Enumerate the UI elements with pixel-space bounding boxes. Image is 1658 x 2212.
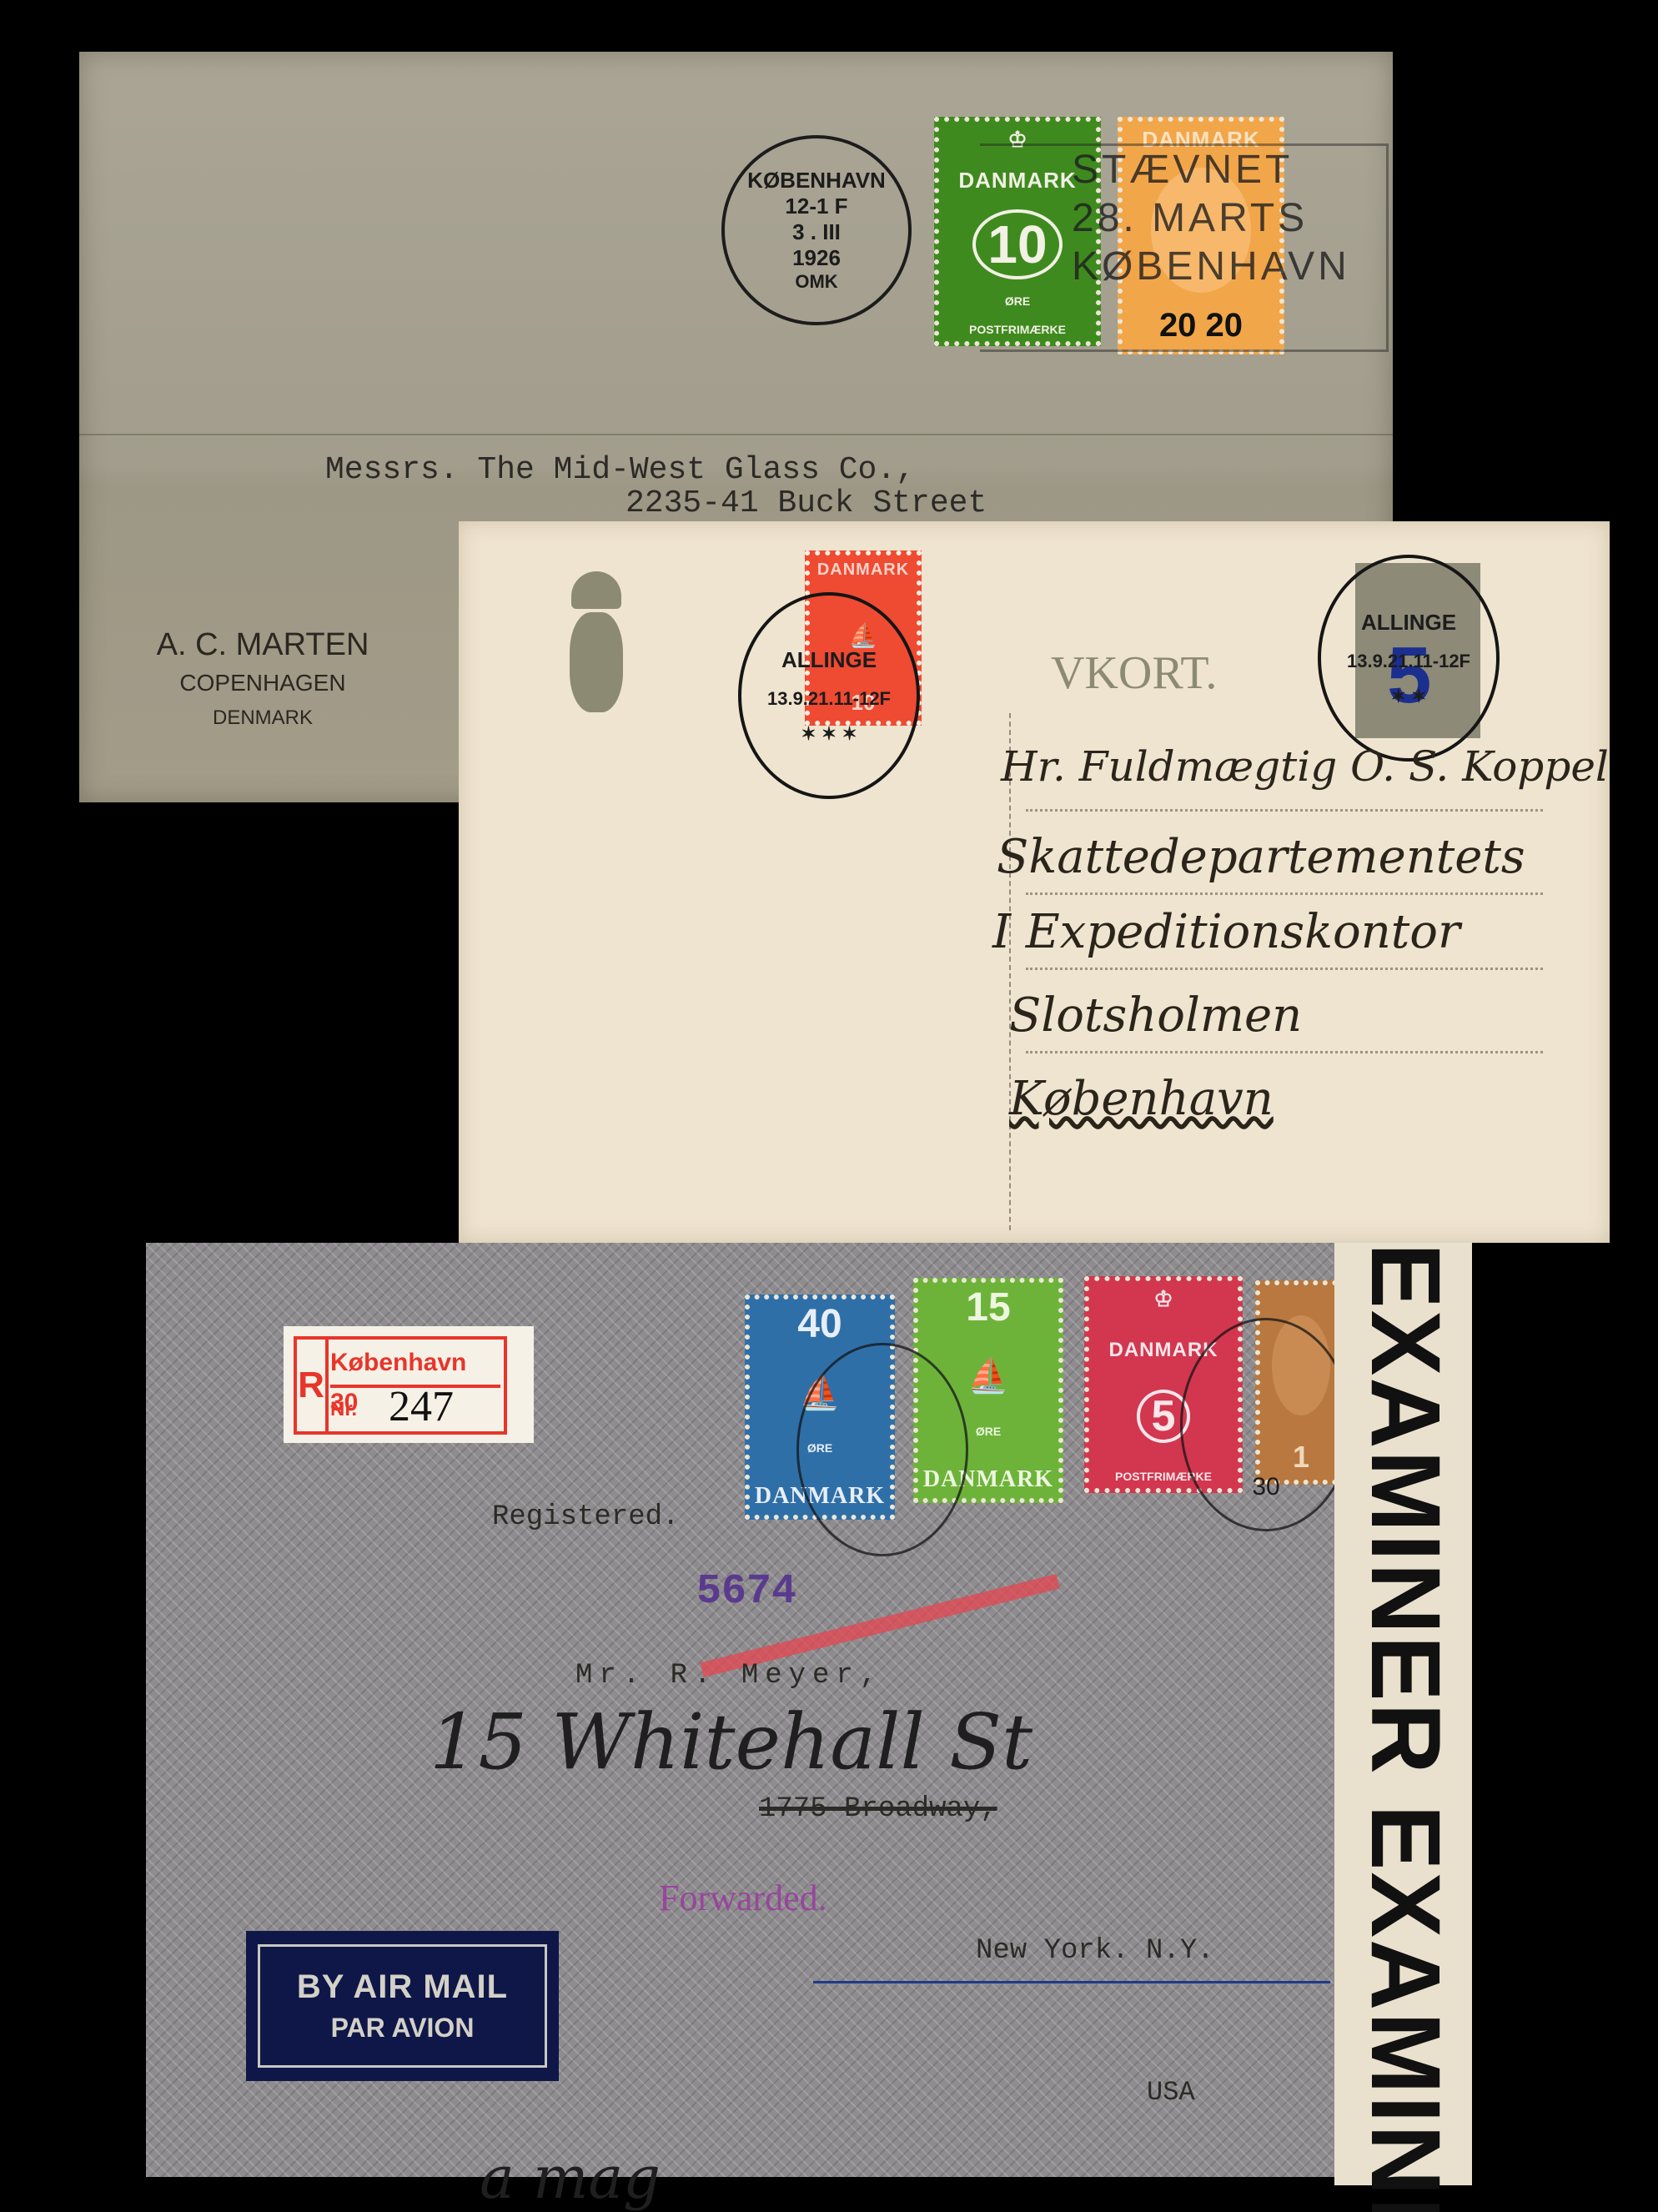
postmark-date: 13.9.21.11-12F <box>767 688 891 710</box>
copenhagen-postmark-right: 30 <box>1180 1318 1352 1531</box>
address-rule <box>1026 892 1543 895</box>
kobenhavn-postmark: KØBENHAVN 12-1 F 3 . III 1926 OMK <box>721 135 912 325</box>
postcard-1921: DANMARK ⛵ 10 ALLINGE 13.9.21.11-12F ✶ ✶ … <box>459 521 1610 1243</box>
destination-country: USA <box>1147 2077 1195 2108</box>
stamp-unit: ØRE <box>976 1425 1001 1438</box>
divider-line <box>1009 713 1011 1230</box>
airmail-line-1: BY AIR MAIL <box>297 1968 508 2006</box>
registration-number: 247 <box>389 1383 454 1431</box>
postmark-city: ALLINGE <box>1361 610 1456 636</box>
registration-label: R København 30 Nr. 247 <box>284 1326 534 1443</box>
handwritten-line-5: København <box>1009 1072 1274 1126</box>
postmark-date: 3 . III <box>792 219 841 245</box>
destination-city: New York. N.Y. <box>976 1935 1214 1967</box>
sender-name: A. C. MARTEN <box>129 627 396 663</box>
sender-block: A. C. MARTEN COPENHAGEN DENMARK <box>129 627 396 730</box>
airmail-line-2: PAR AVION <box>331 2013 475 2044</box>
handwritten-line-1: Hr. Fuldmægtig O. S. Koppel <box>1001 742 1609 791</box>
handwritten-line-3: I Expeditionskontor <box>992 905 1460 959</box>
address-rule <box>1026 1051 1543 1053</box>
postmark-suffix: OMK <box>795 271 837 293</box>
handwritten-line-4: Slotsholmen <box>1009 988 1302 1043</box>
blue-rule <box>813 1981 1330 1983</box>
struck-old-address: 1775 Broadway, <box>759 1793 997 1825</box>
handwritten-line-2: Skattedepartementets <box>997 830 1525 884</box>
censor-tape-text: EXAMINER EXAMINER 4678 <box>1343 1243 1468 2185</box>
stamp-value: 15 <box>966 1288 1010 1328</box>
allinge-postmark-right: ALLINGE 13.9.21.11-12F ✶ ✶ <box>1318 555 1500 762</box>
coat-of-arms-icon <box>567 571 626 738</box>
allinge-postmark-left: ALLINGE 13.9.21.11-12F ✶ ✶ ✶ <box>738 592 920 799</box>
address-rule <box>1026 968 1543 970</box>
address-line-2: 2235-41 Buck Street <box>626 485 987 521</box>
postmark-time: 12-1 F <box>785 194 847 219</box>
handwritten-new-address: 15 Whitehall St <box>430 1697 1032 1787</box>
stamp-country: DANMARK <box>817 561 909 580</box>
registration-nr-label: Nr. <box>330 1390 357 1430</box>
postmark-suffix: 30 <box>1252 1473 1279 1501</box>
caravel-icon: ⛵ <box>967 1356 1009 1395</box>
registration-office: København 30 <box>330 1343 500 1388</box>
slogan-line: STÆVNET <box>1072 146 1386 194</box>
slogan-line: KØBENHAVN <box>1072 243 1386 291</box>
copenhagen-postmark-left <box>796 1343 968 1556</box>
forwarded-stamp: Forwarded. <box>659 1877 827 1919</box>
address-rule <box>1026 809 1543 812</box>
sender-country: DENMARK <box>129 706 396 730</box>
postmark-date: 13.9.21.11-12F <box>1347 651 1470 672</box>
handwritten-scrawl: a mag <box>480 2144 661 2212</box>
postmark-city: ALLINGE <box>781 647 877 673</box>
address-line-1: Messrs. The Mid-West Glass Co., <box>325 452 915 488</box>
star-icon: ✶ ✶ <box>1391 686 1427 707</box>
sender-city: COPENHAGEN <box>129 670 396 696</box>
postmark-year: 1926 <box>792 245 841 271</box>
censor-number-stamp: 5674 <box>696 1568 796 1616</box>
stamp-value: 40 <box>797 1305 842 1345</box>
registration-r-mark: R <box>297 1340 329 1431</box>
slogan-line: 28. MARTS <box>1072 194 1386 243</box>
censor-tape: EXAMINER EXAMINER 4678 <box>1334 1243 1472 2185</box>
postmark-city: KØBENHAVN <box>747 168 886 194</box>
airmail-label: BY AIR MAIL PAR AVION <box>246 1931 559 2081</box>
recipient-name: Mr. R. Meyer, <box>575 1660 883 1692</box>
star-icon: ✶ ✶ ✶ <box>801 723 857 745</box>
registered-text: Registered. <box>492 1501 679 1533</box>
slogan-cancel: STÆVNET 28. MARTS KØBENHAVN <box>980 143 1389 352</box>
envelope-flap-crease <box>79 434 1393 435</box>
crown-icon: ♔ <box>1153 1286 1173 1312</box>
brevkort-title: VKORT. <box>1051 646 1217 700</box>
